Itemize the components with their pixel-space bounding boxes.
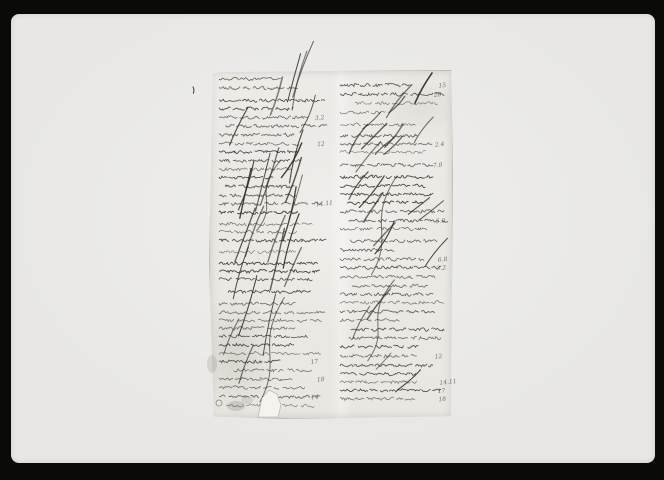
microfilm-frame: 3.21214.1117181415202.47.85.86.83.21214.…: [0, 0, 664, 480]
manuscript-page: [209, 70, 453, 419]
